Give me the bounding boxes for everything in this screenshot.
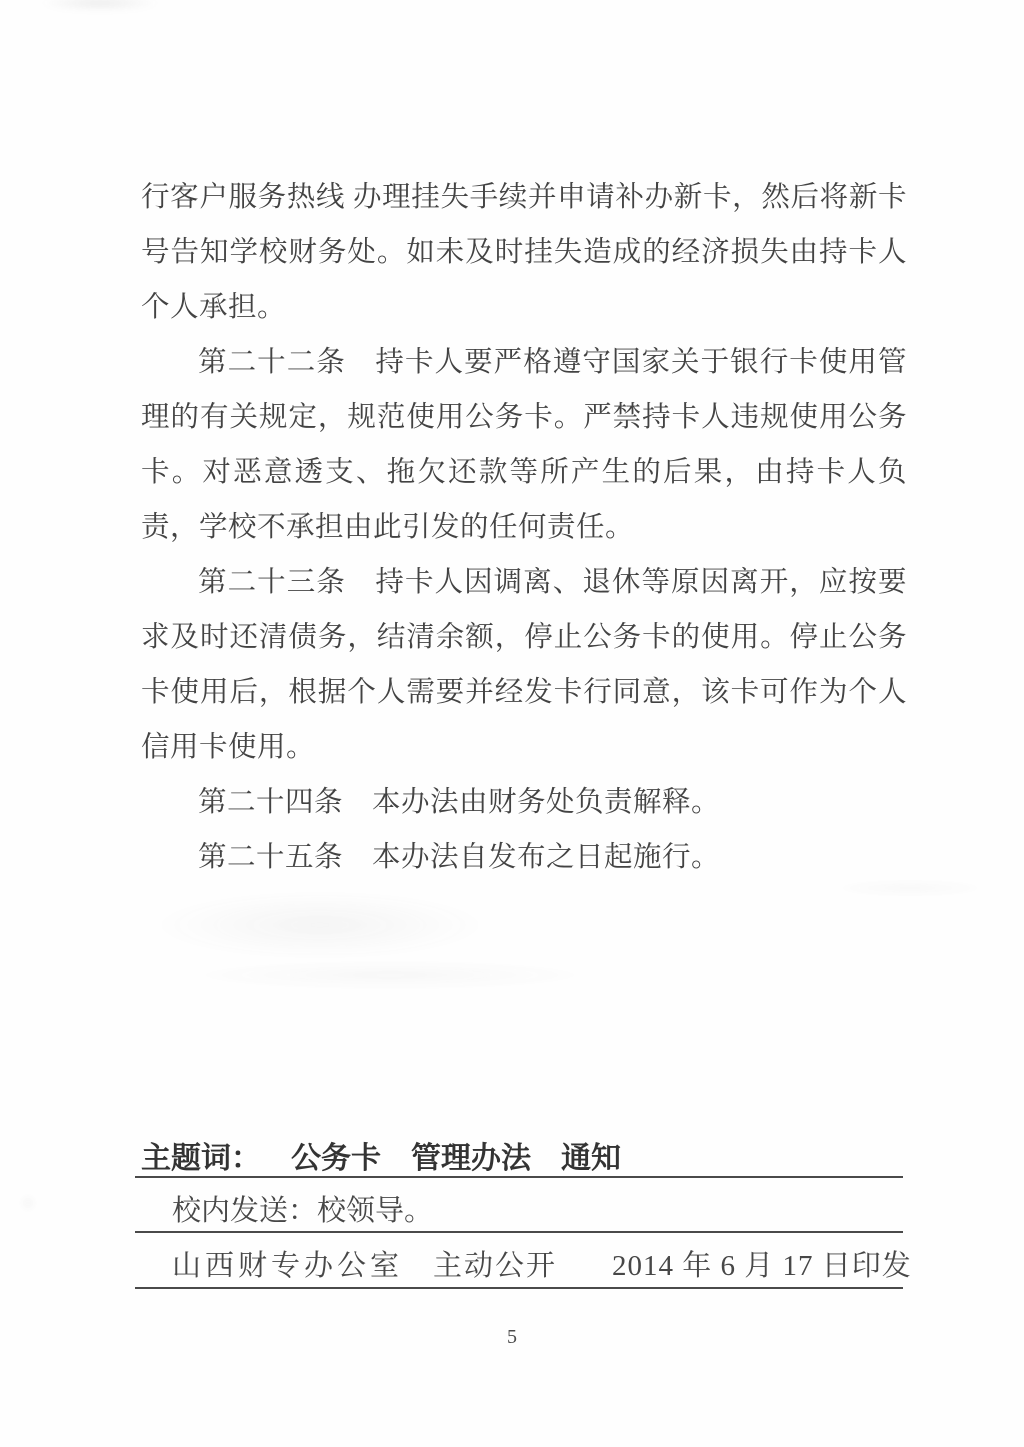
issuer-line: 山西财专办公室 主动公开 2014 年 6 月 17 日印发 bbox=[0, 1243, 1024, 1287]
issuer-office: 山西财专办公室 bbox=[172, 1243, 403, 1284]
scan-bleedthrough bbox=[150, 890, 490, 960]
body-paragraph-article-23: 第二十三条 持卡人因调离、退休等原因离开，应按要求及时还清债务，结清余额，停止公… bbox=[141, 555, 907, 775]
page-number: 5 bbox=[0, 1326, 1024, 1349]
subject-keywords-line: 主题词：公务卡管理办法通知 bbox=[141, 1133, 621, 1177]
separator-rule-middle bbox=[135, 1231, 903, 1233]
scan-smudge bbox=[20, 1195, 36, 1211]
scan-bleedthrough bbox=[180, 960, 600, 990]
body-paragraph-article-22: 第二十二条 持卡人要严格遵守国家关于银行卡使用管理的有关规定，规范使用公务卡。严… bbox=[141, 335, 907, 555]
subject-term: 通知 bbox=[561, 1142, 621, 1175]
disclosure-type: 主动公开 bbox=[433, 1243, 557, 1284]
subject-term: 管理办法 bbox=[411, 1142, 531, 1175]
separator-rule-top bbox=[135, 1176, 903, 1178]
distribution-line: 校内发送：校领导。 bbox=[172, 1188, 433, 1229]
body-paragraph-article-25: 第二十五条 本办法自发布之日起施行。 bbox=[141, 830, 907, 885]
body-paragraph-article-24: 第二十四条 本办法由财务处负责解释。 bbox=[141, 775, 907, 830]
subject-term: 公务卡 bbox=[291, 1142, 381, 1175]
scan-smudge bbox=[40, 0, 160, 12]
print-date: 2014 年 6 月 17 日印发 bbox=[612, 1243, 912, 1284]
subject-label: 主题词： bbox=[141, 1142, 261, 1175]
body-paragraph: 行客户服务热线 办理挂失手续并申请补办新卡，然后将新卡号告知学校财务处。如未及时… bbox=[141, 170, 907, 335]
document-body: 行客户服务热线 办理挂失手续并申请补办新卡，然后将新卡号告知学校财务处。如未及时… bbox=[141, 170, 907, 885]
separator-rule-bottom bbox=[135, 1287, 903, 1289]
document-page: 行客户服务热线 办理挂失手续并申请补办新卡，然后将新卡号告知学校财务处。如未及时… bbox=[0, 0, 1024, 1447]
